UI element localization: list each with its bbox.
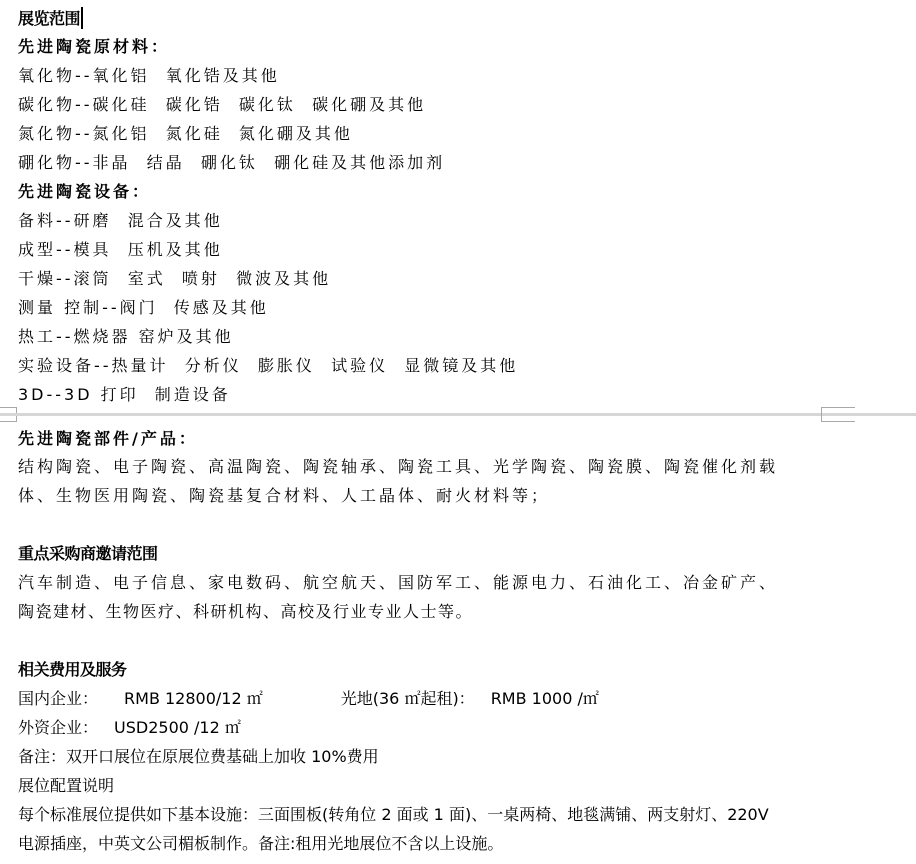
parts-heading: 先进陶瓷部件/产品： — [18, 429, 198, 449]
section-title[interactable]: 展览范围 — [18, 7, 83, 27]
page-break-divider — [0, 413, 916, 416]
booth-config-title: 展位配置说明 — [18, 776, 114, 796]
list-item: 成型--模具 压机及其他 — [18, 240, 223, 260]
fee-note: 备注：双开口展位在原展位费基础上加收 10%费用 — [18, 747, 379, 767]
section-title-text: 展览范围 — [18, 9, 80, 28]
list-item: 干燥--滚筒 室式 喷射 微波及其他 — [18, 269, 331, 289]
list-item: 硼化物--非晶 结晶 硼化钛 硼化硅及其他添加剂 — [18, 153, 445, 173]
paragraph-line: 电源插座，中英文公司楣板制作。备注:租用光地展位不含以上设施。 — [18, 834, 503, 854]
list-item: 实验设备--热量计 分析仪 膨胀仪 试验仪 显微镜及其他 — [18, 356, 518, 376]
foreign-price: USD2500 /12 ㎡ — [114, 718, 241, 737]
paragraph-line: 陶瓷建材、生物医疗、科研机构、高校及行业专业人士等。 — [18, 602, 473, 622]
page-corner-mark-right — [821, 407, 855, 422]
list-item: 热工--燃烧器 窑炉及其他 — [18, 327, 234, 347]
list-item: 碳化物--碳化硅 碳化锆 碳化钛 碳化硼及其他 — [18, 95, 426, 115]
list-item: 3D--3D 打印 制造设备 — [18, 385, 231, 405]
paragraph-line: 汽车制造、电子信息、家电数码、航空航天、国防军工、能源电力、石油化工、冶金矿产、 — [18, 573, 778, 593]
raw-space-price: RMB 1000 /㎡ — [491, 689, 599, 708]
list-item: 氧化物--氧化铝 氧化锆及其他 — [18, 66, 280, 86]
domestic-price: RMB 12800/12 ㎡ — [124, 689, 263, 708]
paragraph-line: 结构陶瓷、电子陶瓷、高温陶瓷、陶瓷轴承、陶瓷工具、光学陶瓷、陶瓷膜、陶瓷催化剂载 — [18, 457, 778, 477]
equipment-heading: 先进陶瓷设备： — [18, 182, 151, 202]
buyers-heading: 重点采购商邀请范围 — [18, 544, 158, 564]
fee-row-domestic: 国内企业：RMB 12800/12 ㎡光地(36 ㎡起租)：RMB 1000 /… — [18, 689, 599, 709]
raw-space-label: 光地(36 ㎡起租)： — [341, 689, 475, 708]
list-item: 氮化物--氮化铝 氮化硅 氮化硼及其他 — [18, 124, 353, 144]
domestic-label: 国内企业： — [18, 689, 98, 708]
list-item: 测量 控制--阀门 传感及其他 — [18, 298, 269, 318]
fees-heading: 相关费用及服务 — [18, 660, 127, 680]
list-item: 备料--研磨 混合及其他 — [18, 211, 223, 231]
text-cursor — [81, 7, 83, 29]
fee-row-foreign: 外资企业：USD2500 /12 ㎡ — [18, 718, 241, 738]
raw-materials-heading: 先进陶瓷原材料： — [18, 37, 170, 57]
paragraph-line: 每个标准展位提供如下基本设施：三面围板(转角位 2 面或 1 面)、一桌两椅、地… — [18, 805, 769, 825]
foreign-label: 外资企业： — [18, 718, 98, 737]
paragraph-line: 体、生物医用陶瓷、陶瓷基复合材料、人工晶体、耐火材料等； — [18, 486, 550, 506]
